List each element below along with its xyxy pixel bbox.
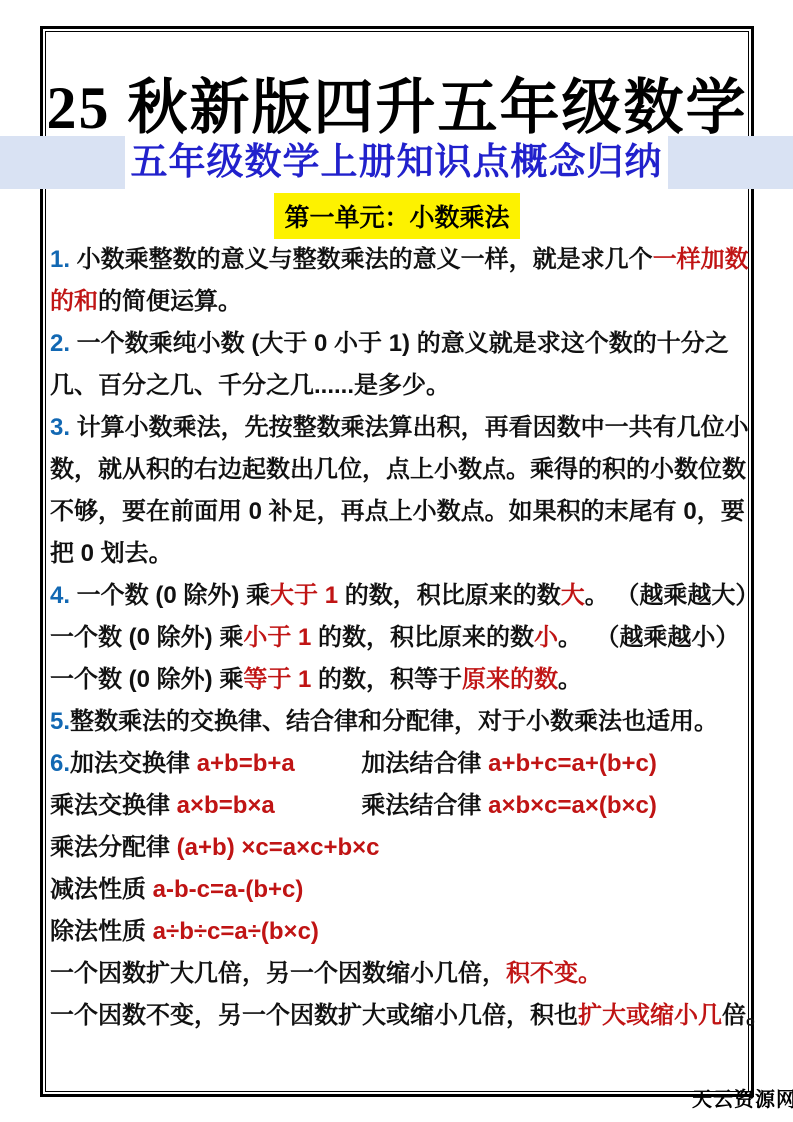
text-span-red: (a+b) ×c=a×c+b×c bbox=[177, 834, 380, 861]
text-span: 一个因数扩大几倍，另一个因数缩小几倍， bbox=[50, 960, 506, 987]
text-span: 一个因数不变，另一个因数扩大或缩小几倍，积也 bbox=[50, 1002, 578, 1029]
text-line: 乘法交换律 a×b=b×a 乘法结合律 a×b×c=a×(b×c) bbox=[50, 785, 747, 827]
text-span-red: a+b+c=a+(b+c) bbox=[488, 750, 657, 777]
text-line: 减法性质 a-b-c=a-(b+c) bbox=[50, 869, 747, 911]
text-span: 一个数乘纯小数 (大于 0 小于 1) 的意义就是求这个数的十分之 bbox=[70, 330, 729, 357]
text-span-red: a+b=b+a bbox=[197, 750, 295, 777]
text-line: 6.加法交换律 a+b=b+a 加法结合律 a+b+c=a+(b+c) bbox=[50, 743, 747, 785]
text-line: 的和的简便运算。 bbox=[50, 281, 747, 323]
text-span: 加法交换律 bbox=[70, 750, 197, 777]
text-line: 1. 小数乘整数的意义与整数乘法的意义一样，就是求几个一样加数 bbox=[50, 239, 747, 281]
text-span-red: 一样加数 bbox=[653, 246, 749, 273]
text-line: 数，就从积的右边起数出几位，点上小数点。乘得的积的小数位数 bbox=[50, 449, 747, 491]
text-span: 的数，积比原来的数 bbox=[311, 624, 534, 651]
text-line: 一个因数扩大几倍，另一个因数缩小几倍，积不变。 bbox=[50, 953, 747, 995]
text-span-red: 大于 1 bbox=[270, 582, 338, 609]
text-span: 乘法交换律 bbox=[50, 792, 177, 819]
text-span: 。 （越乘越小） bbox=[558, 624, 739, 651]
text-line: 3. 计算小数乘法，先按整数乘法算出积，再看因数中一共有几位小 bbox=[50, 407, 747, 449]
text-span: 数，就从积的右边起数出几位，点上小数点。乘得的积的小数位数 bbox=[50, 456, 746, 483]
text-span: 不够，要在前面用 0 补足，再点上小数点。如果积的末尾有 0，要 bbox=[50, 498, 745, 525]
text-line: 一个数 (0 除外) 乘小于 1 的数，积比原来的数小。 （越乘越小） bbox=[50, 617, 747, 659]
text-span-red: a-b-c=a-(b+c) bbox=[153, 876, 304, 903]
text-span: 加法结合律 bbox=[295, 750, 488, 777]
text-span-red: 等于 1 bbox=[243, 666, 311, 693]
text-span-red: 小 bbox=[534, 624, 558, 651]
subtitle-band: 五年级数学上册知识点概念归纳 bbox=[0, 136, 793, 189]
text-span: 的数，积比原来的数 bbox=[338, 582, 561, 609]
text-span: 几、百分之几、千分之几......是多少。 bbox=[50, 372, 450, 399]
text-span-red: 的和 bbox=[50, 288, 98, 315]
page-subtitle: 五年级数学上册知识点概念归纳 bbox=[125, 136, 668, 189]
text-span-red: a÷b÷c=a÷(b×c) bbox=[153, 918, 319, 945]
text-span: 减法性质 bbox=[50, 876, 153, 903]
text-line: 4. 一个数 (0 除外) 乘大于 1 的数，积比原来的数大。 （越乘越大） bbox=[50, 575, 747, 617]
watermark: 天云资源网 bbox=[692, 1083, 793, 1112]
text-span: 。 （越乘越大） bbox=[585, 582, 760, 609]
text-span-blue: 6. bbox=[50, 750, 70, 777]
text-span: 的数，积等于 bbox=[311, 666, 462, 693]
text-span: 乘法结合律 bbox=[275, 792, 488, 819]
text-span: 乘法分配律 bbox=[50, 834, 177, 861]
text-span-blue: 2. bbox=[50, 330, 70, 357]
text-span: 除法性质 bbox=[50, 918, 153, 945]
text-span-red: 积不变。 bbox=[506, 960, 602, 987]
text-span: 计算小数乘法，先按整数乘法算出积，再看因数中一共有几位小 bbox=[70, 414, 749, 441]
text-span: 一个数 (0 除外) 乘 bbox=[50, 624, 243, 651]
text-span-blue: 3. bbox=[50, 414, 70, 441]
text-span-blue: 4. bbox=[50, 582, 70, 609]
text-span: 的简便运算。 bbox=[98, 288, 242, 315]
text-line: 除法性质 a÷b÷c=a÷(b×c) bbox=[50, 911, 747, 953]
text-line: 几、百分之几、千分之几......是多少。 bbox=[50, 365, 747, 407]
text-span: 整数乘法的交换律、结合律和分配律，对于小数乘法也适用。 bbox=[70, 708, 718, 735]
section-title-row: 第一单元：小数乘法 bbox=[40, 193, 754, 239]
page-title: 25 秋新版四升五年级数学 bbox=[40, 60, 754, 146]
section-title: 第一单元：小数乘法 bbox=[274, 193, 519, 239]
content-lines: 1. 小数乘整数的意义与整数乘法的意义一样，就是求几个一样加数的和的简便运算。2… bbox=[50, 239, 747, 1037]
text-span-blue: 1. bbox=[50, 246, 70, 273]
text-span: 一个数 (0 除外) 乘 bbox=[50, 666, 243, 693]
text-span-red: a×b×c=a×(b×c) bbox=[488, 792, 657, 819]
text-line: 把 0 划去。 bbox=[50, 533, 747, 575]
text-span: 倍。 bbox=[722, 1002, 770, 1029]
text-line: 2. 一个数乘纯小数 (大于 0 小于 1) 的意义就是求这个数的十分之 bbox=[50, 323, 747, 365]
text-line: 一个数 (0 除外) 乘等于 1 的数，积等于原来的数。 bbox=[50, 659, 747, 701]
text-span-red: a×b=b×a bbox=[177, 792, 275, 819]
text-span: 。 bbox=[558, 666, 582, 693]
text-span-red: 大 bbox=[561, 582, 585, 609]
text-span: 一个数 (0 除外) 乘 bbox=[70, 582, 270, 609]
text-span-red: 扩大或缩小几 bbox=[578, 1002, 722, 1029]
text-line: 不够，要在前面用 0 补足，再点上小数点。如果积的末尾有 0，要 bbox=[50, 491, 747, 533]
text-span-blue: 5. bbox=[50, 708, 70, 735]
text-span: 小数乘整数的意义与整数乘法的意义一样，就是求几个 bbox=[70, 246, 653, 273]
subtitle-box: 五年级数学上册知识点概念归纳 bbox=[125, 136, 668, 189]
text-line: 乘法分配律 (a+b) ×c=a×c+b×c bbox=[50, 827, 747, 869]
text-span: 把 0 划去。 bbox=[50, 540, 173, 567]
text-line: 一个因数不变，另一个因数扩大或缩小几倍，积也扩大或缩小几倍。 bbox=[50, 995, 747, 1037]
text-span-red: 小于 1 bbox=[243, 624, 311, 651]
text-line: 5.整数乘法的交换律、结合律和分配律，对于小数乘法也适用。 bbox=[50, 701, 747, 743]
text-span-red: 原来的数 bbox=[462, 666, 558, 693]
